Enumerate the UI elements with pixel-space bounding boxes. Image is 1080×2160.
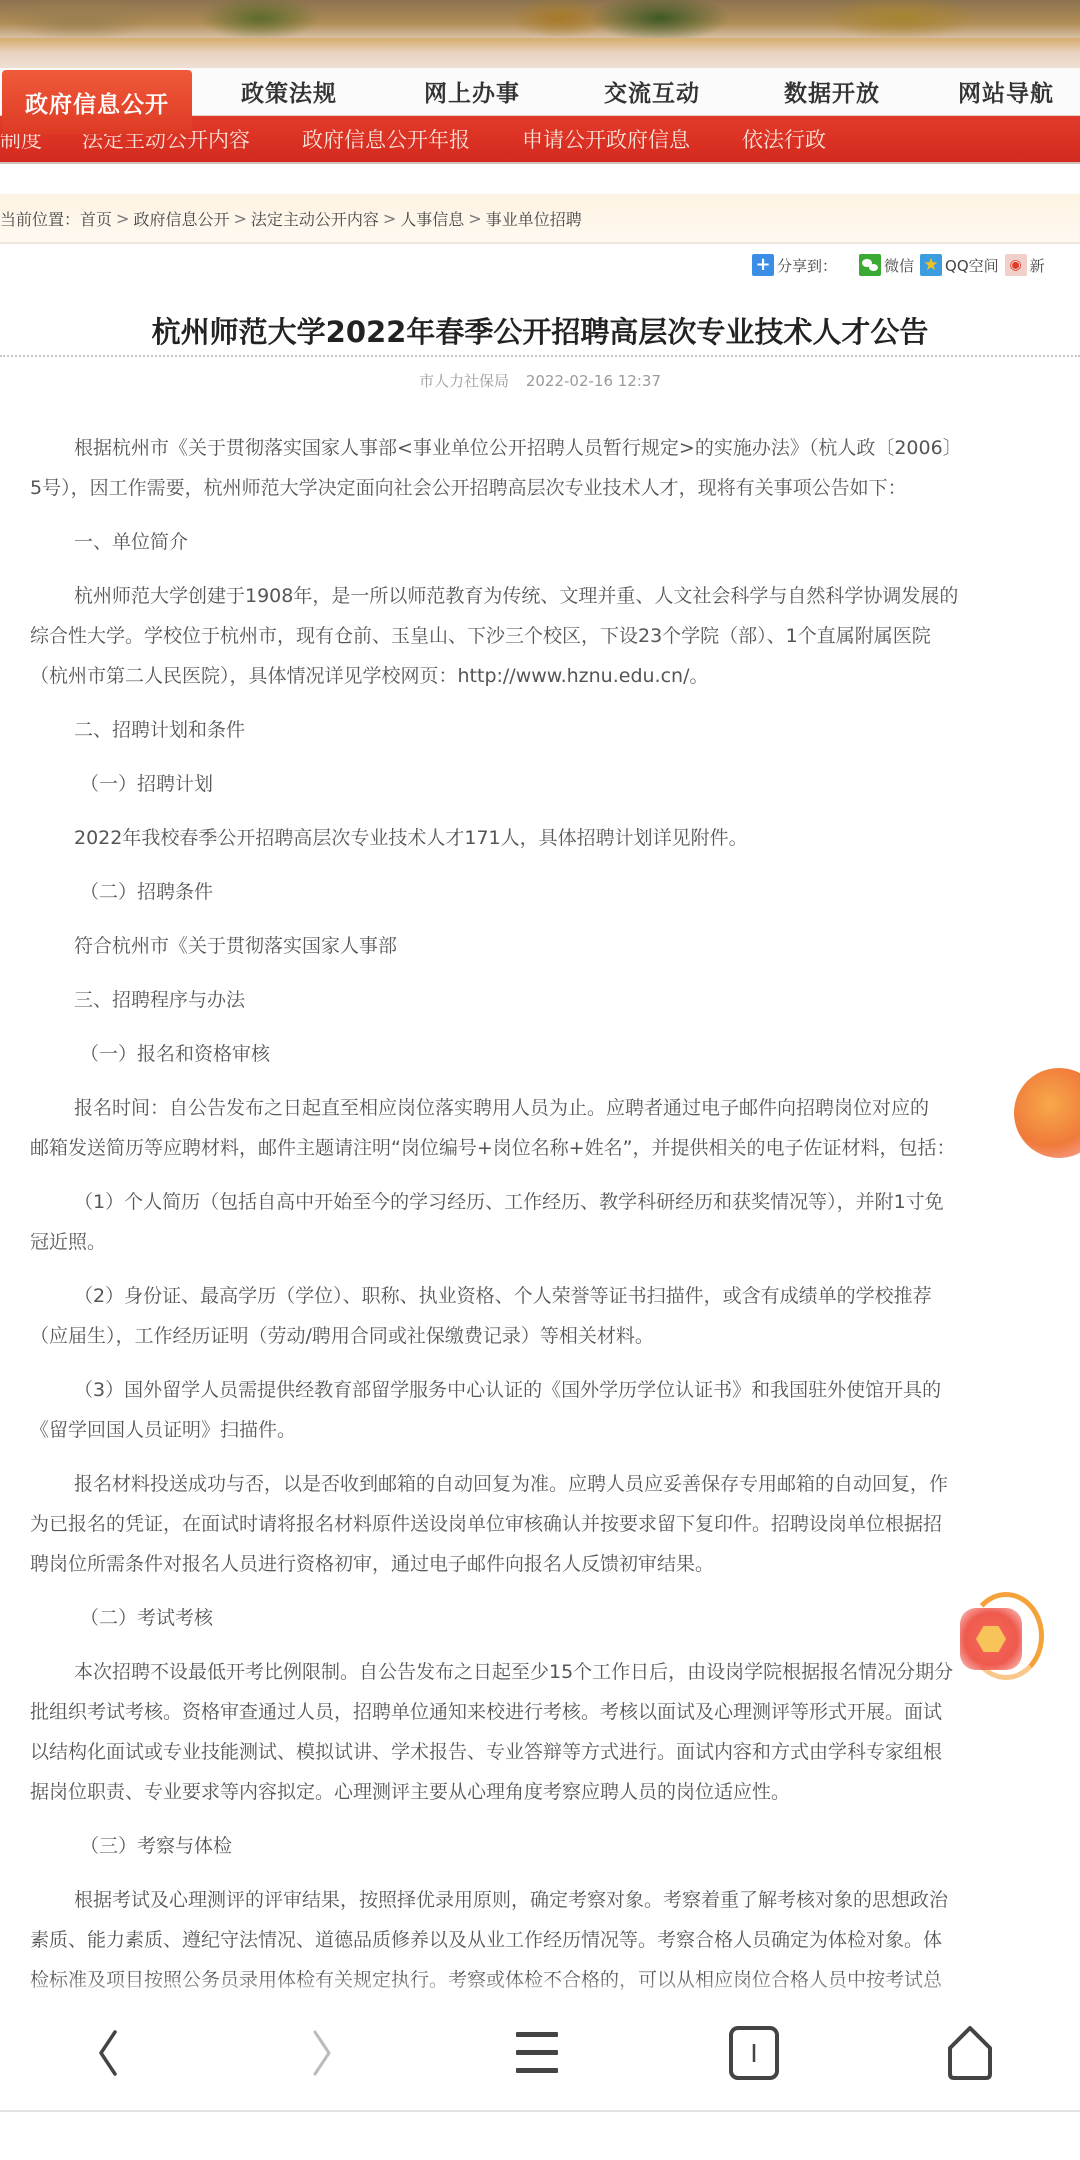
- paragraph-line: 邮箱发送简历等应聘材料，邮件主题请注明“岗位编号+岗位名称+姓名”，并提供相关的…: [30, 1128, 1080, 1168]
- breadcrumb-home[interactable]: 首页: [80, 207, 112, 230]
- tab-online-services[interactable]: 网上办事: [382, 68, 562, 115]
- section-heading: 三、招聘程序与办法: [30, 980, 1080, 1020]
- article-datetime: 2022-02-16 12:37: [526, 372, 661, 390]
- tab-site-navigation[interactable]: 网站导航: [922, 68, 1080, 115]
- breadcrumb-statutory[interactable]: 法定主动公开内容: [251, 207, 379, 230]
- paragraph-line: （3）国外留学人员需提供经教育部留学服务中心认证的《国外学历学位认证书》和我国驻…: [30, 1370, 1080, 1410]
- paragraph-line: （1）个人简历（包括自高中开始至今的学习经历、工作经历、教学科研经历和获奖情况等…: [30, 1182, 1080, 1222]
- sub-nav-item-annual-report[interactable]: 政府信息公开年报: [302, 124, 470, 154]
- subsection-heading: （三）考察与体检: [30, 1826, 1080, 1866]
- paragraph-line: 根据杭州市《关于贯彻落实国家人事部<事业单位公开招聘人员暂行规定>的实施办法》（…: [30, 428, 1080, 468]
- paragraph-line: 报名时间：自公告发布之日起直至相应岗位落实聘用人员为止。应聘者通过电子邮件向招聘…: [30, 1088, 1080, 1128]
- paragraph-line: 冠近照。: [30, 1222, 1080, 1262]
- paragraph-line: 批组织考试考核。资格审查通过人员，招聘单位通知来校进行考核。考核以面试及心理测评…: [30, 1692, 1080, 1732]
- tabs-icon: [727, 2024, 783, 2082]
- share-label: 分享到：: [777, 255, 837, 276]
- site-banner: [0, 0, 1080, 68]
- breadcrumb-separator: >: [116, 209, 129, 228]
- tab-gov-info-disclosure[interactable]: 政府信息公开: [2, 70, 192, 134]
- article-source: 市人力社保局: [419, 372, 509, 390]
- menu-button[interactable]: [498, 2020, 578, 2086]
- breadcrumb-separator: >: [468, 209, 481, 228]
- paragraph-line: 5号），因工作需要，杭州师范大学决定面向社会公开招聘高层次专业技术人才，现将有关…: [30, 468, 1080, 508]
- weibo-icon[interactable]: ◉: [1005, 254, 1027, 276]
- breadcrumb-separator: >: [233, 209, 246, 228]
- paragraph-line: （2）身份证、最高学历（学位）、职称、执业资格、个人荣誉等证书扫描件，或含有成绩…: [30, 1276, 1080, 1316]
- breadcrumb: 当前位置： 首页 > 政府信息公开 > 法定主动公开内容 > 人事信息 > 事业…: [0, 194, 1080, 244]
- paragraph-line: 综合性大学。学校位于杭州市，现有仓前、玉皇山、下沙三个校区，下设23个学院（部）…: [30, 616, 1080, 656]
- article-title: 杭州师范大学2022年春季公开招聘高层次专业技术人才公告: [0, 310, 1080, 351]
- paragraph-line: 以结构化面试或专业技能测试、模拟试讲、学术报告、专业答辩等方式进行。面试内容和方…: [30, 1732, 1080, 1772]
- breadcrumb-recruitment[interactable]: 事业单位招聘: [486, 207, 582, 230]
- tab-policy-regulations[interactable]: 政策法规: [196, 68, 382, 115]
- paragraph-line: （杭州市第二人民医院），具体情况详见学校网页：http://www.hznu.e…: [30, 656, 1080, 696]
- chevron-right-icon: [307, 2028, 337, 2078]
- paragraph-line: 根据考试及心理测评的评审结果，按照择优录用原则，确定考察对象。考察着重了解考核对…: [30, 1880, 1080, 1920]
- share-bar: + 分享到： 微信 ★ QQ空间 ◉ 新: [752, 250, 1067, 280]
- section-heading: 二、招聘计划和条件: [30, 710, 1080, 750]
- subsection-heading: （二）考试考核: [30, 1598, 1080, 1638]
- browser-toolbar: [0, 2000, 1080, 2112]
- chevron-left-icon: [93, 2028, 123, 2078]
- paragraph-line: （应届生），工作经历证明（劳动/聘用合同或社保缴费记录）等相关材料。: [30, 1316, 1080, 1356]
- article-body: 根据杭州市《关于贯彻落实国家人事部<事业单位公开招聘人员暂行规定>的实施办法》（…: [30, 428, 1080, 2000]
- back-button[interactable]: [68, 2020, 148, 2086]
- paragraph-line: 符合杭州市《关于贯彻落实国家人事部: [30, 926, 1080, 966]
- paragraph-line: 据岗位职责、专业要求等内容拟定。心理测评主要从心理角度考察应聘人员的岗位适应性。: [30, 1772, 1080, 1812]
- article-meta: 市人力社保局 2022-02-16 12:37: [0, 370, 1080, 391]
- home-icon: [942, 2024, 998, 2082]
- subsection-heading: （一）报名和资格审核: [30, 1034, 1080, 1074]
- breadcrumb-separator: >: [383, 209, 396, 228]
- tab-interaction[interactable]: 交流互动: [562, 68, 742, 115]
- menu-icon: [514, 2028, 562, 2078]
- wechat-icon[interactable]: [859, 254, 881, 276]
- home-button[interactable]: [930, 2020, 1010, 2086]
- share-weibo-label[interactable]: 新: [1030, 255, 1045, 276]
- paragraph-line: 素质、能力素质、遵纪守法情况、道德品质修养以及从业工作经历情况等。考察合格人员确…: [30, 1920, 1080, 1960]
- paragraph-line: 本次招聘不设最低开考比例限制。自公告发布之日起至少15个工作日后，由设岗学院根据…: [30, 1652, 1080, 1692]
- banner-landscape-image: [0, 0, 1080, 38]
- title-divider: [0, 355, 1080, 357]
- qzone-icon[interactable]: ★: [920, 254, 942, 276]
- paragraph-line: 2022年我校春季公开招聘高层次专业技术人才171人，具体招聘计划详见附件。: [30, 818, 1080, 858]
- subsection-heading: （二）招聘条件: [30, 872, 1080, 912]
- breadcrumb-prefix: 当前位置：: [0, 207, 80, 230]
- paragraph-line: 聘岗位所需条件对报名人员进行资格初审，通过电子邮件向报名人反馈初审结果。: [30, 1544, 1080, 1584]
- tabs-button[interactable]: [715, 2020, 795, 2086]
- tab-open-data[interactable]: 数据开放: [742, 68, 922, 115]
- paragraph-line: 报名材料投送成功与否，以是否收到邮箱的自动回复为准。应聘人员应妥善保存专用邮箱的…: [30, 1464, 1080, 1504]
- subsection-heading: （一）招聘计划: [30, 764, 1080, 804]
- breadcrumb-gov-info[interactable]: 政府信息公开: [133, 207, 229, 230]
- sub-nav-item-apply-disclosure[interactable]: 申请公开政府信息: [522, 124, 690, 154]
- paragraph-line: 《留学回国人员证明》扫描件。: [30, 1410, 1080, 1450]
- share-plus-icon[interactable]: +: [752, 254, 774, 276]
- forward-button[interactable]: [282, 2020, 362, 2086]
- section-heading: 一、单位简介: [30, 522, 1080, 562]
- breadcrumb-personnel[interactable]: 人事信息: [400, 207, 464, 230]
- main-nav: 政府信息公开 政策法规 网上办事 交流互动 数据开放 网站导航: [0, 68, 1080, 116]
- share-qzone-label[interactable]: QQ空间: [945, 255, 999, 276]
- floating-reward-button[interactable]: [958, 1592, 1044, 1682]
- paragraph-line: 为已报名的凭证，在面试时请将报名材料原件送设岗单位审核确认并按要求留下复印件。招…: [30, 1504, 1080, 1544]
- paragraph-line: 杭州师范大学创建于1908年，是一所以师范教育为传统、文理并重、人文社会科学与自…: [30, 576, 1080, 616]
- share-wechat-label[interactable]: 微信: [884, 255, 914, 276]
- sub-nav-item-law-administration[interactable]: 依法行政: [742, 124, 826, 154]
